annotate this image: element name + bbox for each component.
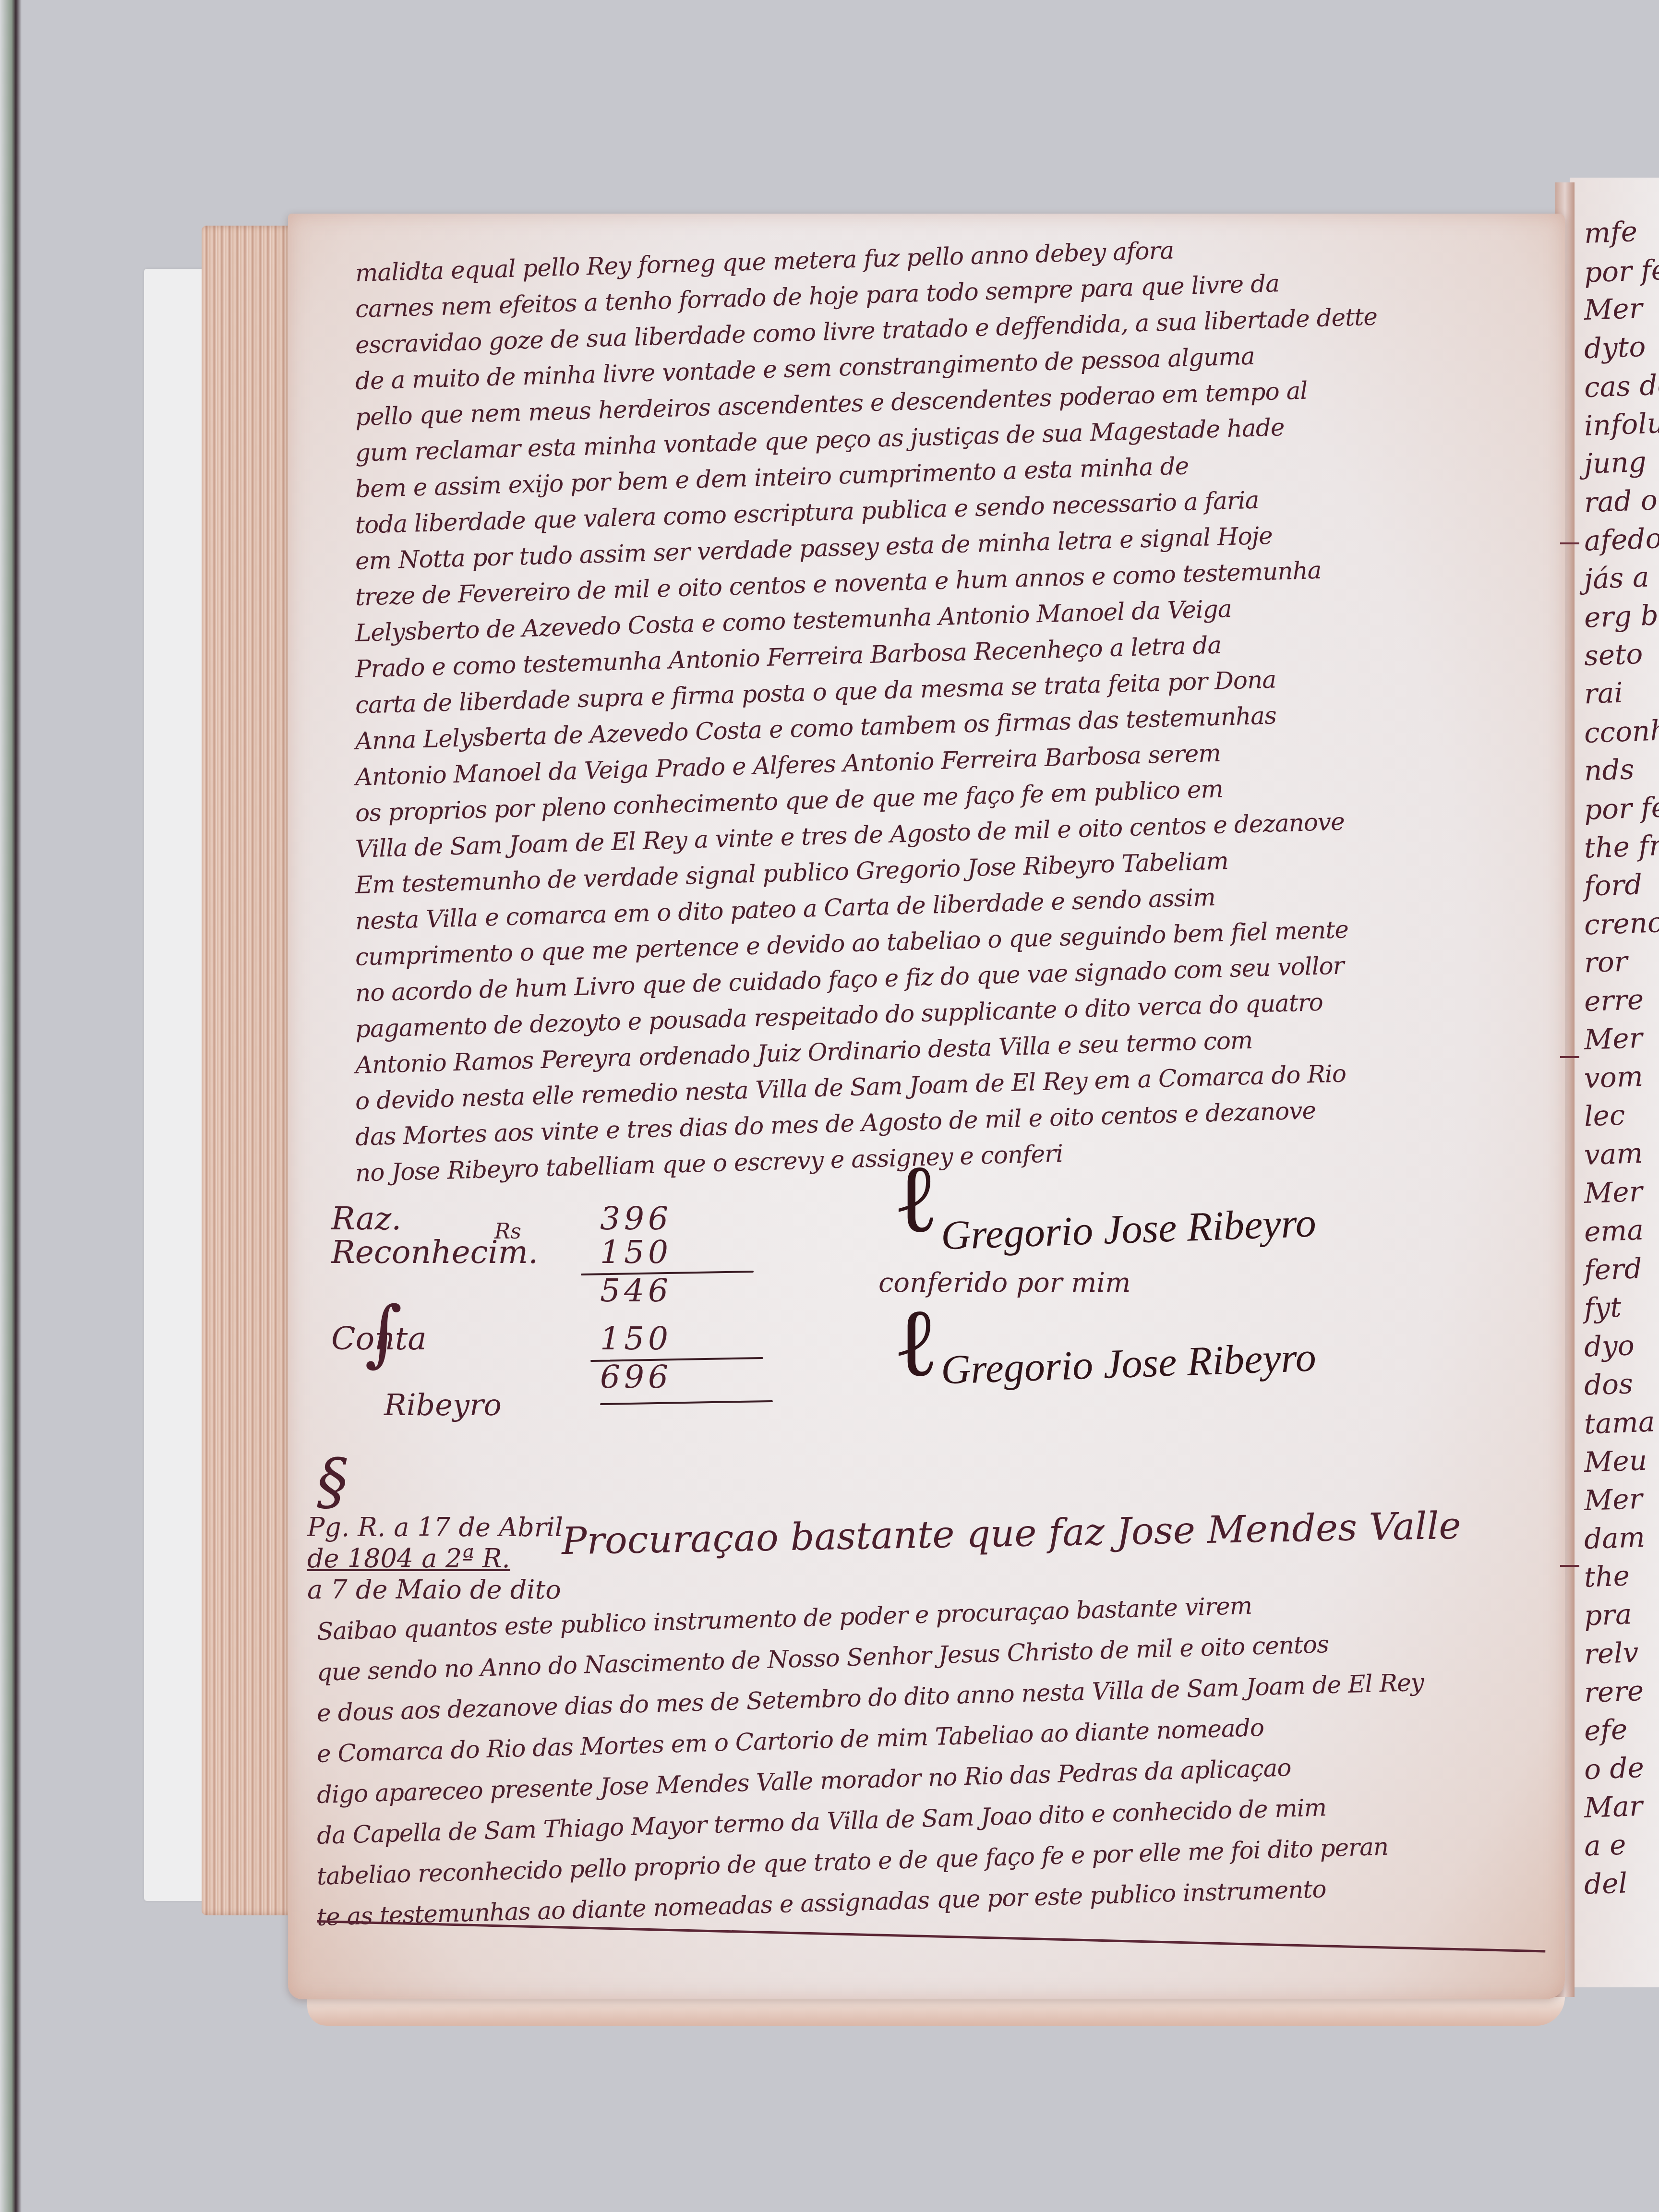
right-page-fragment: dos: [1584, 1367, 1634, 1402]
right-page-fragment: vam: [1584, 1137, 1644, 1171]
right-page-fragment: afedo: [1584, 522, 1659, 557]
right-page-fragment: vom: [1584, 1060, 1644, 1094]
right-page-fragment: rad o: [1584, 483, 1658, 518]
margin-note-line: de 1804 a 2ª R.: [307, 1543, 510, 1574]
right-page-fragment: Mar: [1584, 1790, 1643, 1824]
margin-note-line: Pg. R. a 17 de Abril: [307, 1512, 563, 1542]
right-page-fragment: Mer: [1584, 1482, 1643, 1517]
frame-edge: [0, 0, 29, 2212]
right-page-fragment: por fe: [1584, 791, 1659, 826]
right-page-fragment: Mer: [1584, 1175, 1643, 1210]
signature-flourish-icon: ℓ: [893, 1142, 939, 1254]
right-page-fragment: a e: [1584, 1828, 1627, 1862]
right-page-fragment: rere: [1584, 1674, 1644, 1709]
margin-ink-mark: [1560, 1565, 1579, 1567]
ledger-value: 150: [600, 1234, 672, 1271]
margin-note-line: a 7 de Maio de dito: [307, 1575, 561, 1605]
ledger-value: 396: [600, 1200, 672, 1237]
right-page-fragment: ema: [1584, 1214, 1644, 1248]
right-page-fragment: ford: [1584, 868, 1643, 902]
margin-ink-mark: [1560, 1056, 1579, 1058]
margin-ink-mark: [1560, 542, 1579, 544]
right-page-fragment: tama: [1584, 1405, 1656, 1440]
right-page-fragment: erre: [1584, 983, 1644, 1018]
right-page-fragment: jás a: [1584, 561, 1650, 596]
right-page-fragment: fyt: [1584, 1291, 1622, 1325]
right-page-fragment: dam: [1584, 1521, 1646, 1555]
right-page-fragment: Mer: [1584, 1022, 1643, 1056]
ledger-subtotal: 546: [600, 1272, 672, 1309]
ledger-total: 696: [600, 1358, 672, 1395]
right-page-fragment: seto: [1584, 637, 1644, 672]
right-page-fragment: ferd: [1584, 1252, 1643, 1286]
ledger-label: Raz.: [331, 1200, 401, 1237]
right-page-fragment: erg b: [1584, 599, 1659, 634]
ledger-value: 150: [600, 1320, 672, 1357]
right-page-fragment: dyto: [1584, 330, 1646, 365]
signature-flourish-icon: ℓ: [893, 1286, 939, 1398]
right-page-fragment: del: [1584, 1866, 1628, 1900]
right-page: mfe por fep Mer dyto cas de infolu jung …: [1570, 178, 1659, 1987]
section-mark: §: [317, 1445, 348, 1518]
right-page-fragment: nds: [1584, 753, 1635, 787]
right-page-fragment: pra: [1584, 1598, 1633, 1632]
right-page-fragment: Mer: [1584, 292, 1643, 326]
right-page-fragment: rai: [1584, 676, 1623, 710]
ledger-initials: Ribeyro: [384, 1387, 502, 1422]
right-page-fragment: dyo: [1584, 1329, 1635, 1363]
right-page-fragment: relv: [1584, 1636, 1639, 1671]
ledger-total-rule: [600, 1400, 773, 1405]
right-page-fragment: the: [1584, 1559, 1630, 1593]
right-page-fragment: infolu: [1584, 407, 1659, 442]
paraph-flourish-icon: ∫: [365, 1291, 402, 1375]
right-page-fragment: Meu: [1584, 1444, 1647, 1479]
right-page-fragment: o de: [1584, 1751, 1645, 1786]
right-page-fragment: por fep: [1584, 252, 1659, 289]
right-page-fragment: the fr: [1584, 829, 1659, 865]
right-page-fragment: cas de: [1584, 368, 1659, 404]
right-page-fragment: lec: [1584, 1099, 1626, 1133]
right-page-fragment: efe: [1584, 1713, 1628, 1747]
right-page-fragment: crenc: [1584, 906, 1659, 941]
right-page-fragment: mfe: [1584, 215, 1638, 250]
right-page-fragment: ror: [1584, 945, 1628, 979]
right-page-fragment: cconh: [1584, 714, 1659, 749]
ledger-marker: Rs: [494, 1219, 521, 1244]
right-page-fragment: jung: [1584, 445, 1647, 480]
